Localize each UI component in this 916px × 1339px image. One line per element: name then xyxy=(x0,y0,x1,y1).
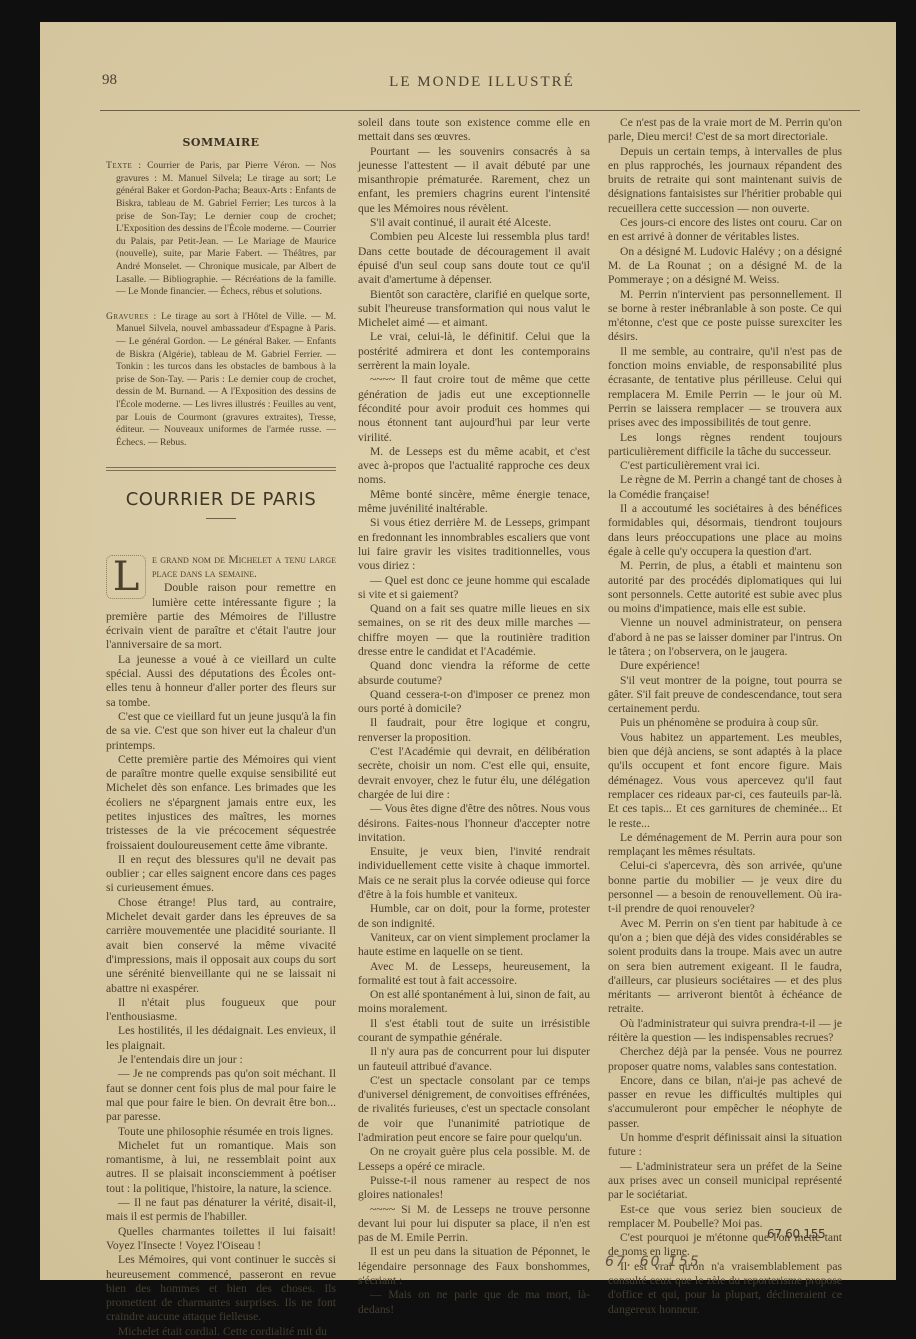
article-paragraph: M. de Lesseps est du même acabit, et c'e… xyxy=(358,445,590,488)
article-paragraph: Ces jours-ci encore des listes ont couru… xyxy=(608,216,842,245)
article-paragraph: S'il avait continué, il aurait été Alces… xyxy=(358,216,590,230)
article-paragraph: Bientôt son caractère, clarifié en quelq… xyxy=(358,288,590,331)
article-paragraph: On est allé spontanément à lui, sinon de… xyxy=(358,988,590,1017)
article-paragraph: Toute une philosophie résumée en trois l… xyxy=(106,1125,336,1139)
article-paragraph: — Il ne faut pas dénaturer la vérité, di… xyxy=(106,1196,336,1225)
header-rule xyxy=(100,110,860,111)
article-paragraph: Le règne de M. Perrin a changé tant de c… xyxy=(608,473,842,502)
article-paragraph: Il est un peu dans la situation de Pépon… xyxy=(358,1245,590,1280)
article-paragraph: — Quel est donc ce jeune homme qui escal… xyxy=(358,574,590,603)
article-paragraph: C'est l'Académie qui devrait, en délibér… xyxy=(358,745,590,802)
article-paragraph: Un homme d'esprit définissait ainsi la s… xyxy=(608,1131,842,1160)
article-paragraph: Il en reçut des blessures qu'il ne devai… xyxy=(106,853,336,896)
article-paragraph: — Vous êtes digne d'être des nôtres. Nou… xyxy=(358,802,590,845)
article-paragraph: soleil dans toute son existence comme el… xyxy=(358,116,590,145)
sommaire-gravures-body: Le tirage au sort à l'Hôtel de Ville. — … xyxy=(116,311,336,448)
article-paragraph: Celui-ci s'apercevra, dès son arrivée, q… xyxy=(608,859,842,916)
article-paragraph: Avec M. de Lesseps, heureusement, la for… xyxy=(358,960,590,989)
article-paragraph: Cherchez déjà par la pensée. Vous ne pou… xyxy=(608,1045,842,1074)
article-paragraph: Puis un phénomène se produira à coup sûr… xyxy=(608,716,842,730)
ornamental-dropcap: L xyxy=(106,555,146,599)
article-paragraph: Je l'entendais dire un jour : xyxy=(106,1053,336,1067)
article-paragraph: Où l'administrateur qui suivra prendra-t… xyxy=(608,1017,842,1046)
article-paragraph: Michelet fut un romantique. Mais son rom… xyxy=(106,1139,336,1196)
sommaire-gravures: Gravures : Le tirage au sort à l'Hôtel d… xyxy=(106,311,336,450)
sommaire-texte-body: Courrier de Paris, par Pierre Véron. — N… xyxy=(116,160,336,297)
article-paragraph: Combien peu Alceste lui ressembla plus t… xyxy=(358,230,590,287)
article-paragraph: Ce n'est pas de la vraie mort de M. Perr… xyxy=(608,116,842,145)
article-paragraph: La jeunesse a voué à ce vieillard un cul… xyxy=(106,653,336,710)
article-paragraph: — L'administrateur sera un préfet de la … xyxy=(608,1160,842,1203)
article-paragraph: Il n'y aura pas de concurrent pour lui d… xyxy=(358,1045,590,1074)
article-paragraph: Il n'était plus fougueux que pour l'enth… xyxy=(106,996,336,1025)
article-paragraph: Vous habitez un appartement. Les meubles… xyxy=(608,731,842,831)
sommaire-title: SOMMAIRE xyxy=(106,136,336,150)
article-paragraph: Humble, car on doit, pour la forme, prot… xyxy=(358,902,590,931)
article-paragraph: Vaniteux, car on vient simplement procla… xyxy=(358,931,590,960)
article-paragraph: Même bonté sincère, même énergie tenace,… xyxy=(358,488,590,517)
article-paragraph: Il a accoutumé les sociétaires à des bén… xyxy=(608,502,842,559)
article-paragraph: C'est un spectacle consolant par ce temp… xyxy=(358,1074,590,1145)
article-paragraph: C'est particulièrement vrai ici. xyxy=(608,459,842,473)
article-paragraph-section-start: ~~~~ Si M. de Lesseps ne trouve personne… xyxy=(358,1203,590,1246)
article-paragraph: Puisse-t-il nous ramener au respect de n… xyxy=(358,1174,590,1203)
article-paragraph: Le déménagement de M. Perrin aura pour s… xyxy=(608,831,842,860)
article-paragraph: M. Perrin, de plus, a établi et maintenu… xyxy=(608,559,842,616)
column-1: SOMMAIRE Texte : Courrier de Paris, par … xyxy=(106,116,336,1280)
article-title: COURRIER DE PARIS xyxy=(106,493,336,507)
article-paragraph: Dure expérience! xyxy=(608,659,842,673)
article-paragraph: Il me semble, au contraire, qu'il n'est … xyxy=(608,345,842,431)
article-paragraph: C'est que ce vieillard fut un jeune jusq… xyxy=(106,710,336,753)
sommaire-gravures-label: Gravures : xyxy=(106,311,157,322)
article-paragraph: Les longs règnes rendent toujours partic… xyxy=(608,431,842,460)
article-paragraph: M. Perrin n'intervient pas personnelleme… xyxy=(608,288,842,345)
article-paragraph: Depuis un certain temps, à intervalles d… xyxy=(608,145,842,216)
article-paragraph: Avec M. Perrin on s'en tient par habitud… xyxy=(608,917,842,1017)
article-paragraph: Quelles charmantes toilettes il lui fais… xyxy=(106,1225,336,1254)
column-2: soleil dans toute son existence comme el… xyxy=(358,116,590,1280)
section-divider xyxy=(106,467,336,471)
column-3: Ce n'est pas de la vraie mort de M. Perr… xyxy=(608,116,842,1280)
article-paragraph: Cette première partie des Mémoires qui v… xyxy=(106,753,336,853)
article-paragraph: Quand cessera-t-on d'imposer ce prenez m… xyxy=(358,688,590,717)
handwritten-archive-number: 67. 60 155 xyxy=(605,1254,701,1270)
article-paragraph: Il s'est établi tout de suite un irrésis… xyxy=(358,1017,590,1046)
page-header: 98 LE MONDE ILLUSTRÉ xyxy=(102,68,862,108)
article-paragraph: Quand on a fait ses quatre mille lieues … xyxy=(358,602,590,659)
article-paragraph: Le vrai, celui-là, le définitif. Celui q… xyxy=(358,330,590,373)
masthead: LE MONDE ILLUSTRÉ xyxy=(102,74,862,91)
sommaire-texte: Texte : Courrier de Paris, par Pierre Vé… xyxy=(106,160,336,299)
article-paragraph: Chose étrange! Plus tard, au contraire, … xyxy=(106,896,336,996)
article-paragraph: On ne croyait guère plus cela possible. … xyxy=(358,1145,590,1174)
article-paragraph: Le grand nom de Michelet a tenu large pl… xyxy=(106,553,336,582)
sommaire-texte-label: Texte : xyxy=(106,160,142,171)
title-dash xyxy=(206,518,236,519)
article-paragraph: Si vous étiez derrière M. de Lesseps, gr… xyxy=(358,516,590,573)
article-paragraph: On a désigné M. Ludovic Halévy ; on a dé… xyxy=(608,245,842,288)
article-paragraph-section-start: ~~~~ Il faut croire tout de même que cet… xyxy=(358,373,590,444)
article-paragraph: Il faudrait, pour être logique et congru… xyxy=(358,716,590,745)
article-paragraph: Les Mémoires, qui vont continuer le succ… xyxy=(106,1253,336,1280)
article-paragraph: — Je ne comprends pas qu'on soit méchant… xyxy=(106,1067,336,1124)
article-paragraph: S'il veut montrer de la poigne, tout pou… xyxy=(608,674,842,717)
newspaper-page: 98 LE MONDE ILLUSTRÉ SOMMAIRE Texte : Co… xyxy=(40,22,896,1280)
article-paragraph: Les hostilités, il les dédaignait. Les e… xyxy=(106,1024,336,1053)
article-paragraph: Ensuite, je veux bien, l'invité rendrait… xyxy=(358,845,590,902)
article-paragraph: Vienne un nouvel administrateur, on pens… xyxy=(608,616,842,659)
article-paragraph: Encore, dans ce bilan, n'ai-je pas achev… xyxy=(608,1074,842,1131)
archive-number-stamp: 67.60.155 xyxy=(767,1227,825,1241)
article-paragraph: Quand donc viendra la réforme de cette a… xyxy=(358,659,590,688)
article-paragraph: Pourtant — les souvenirs consacrés à sa … xyxy=(358,145,590,216)
